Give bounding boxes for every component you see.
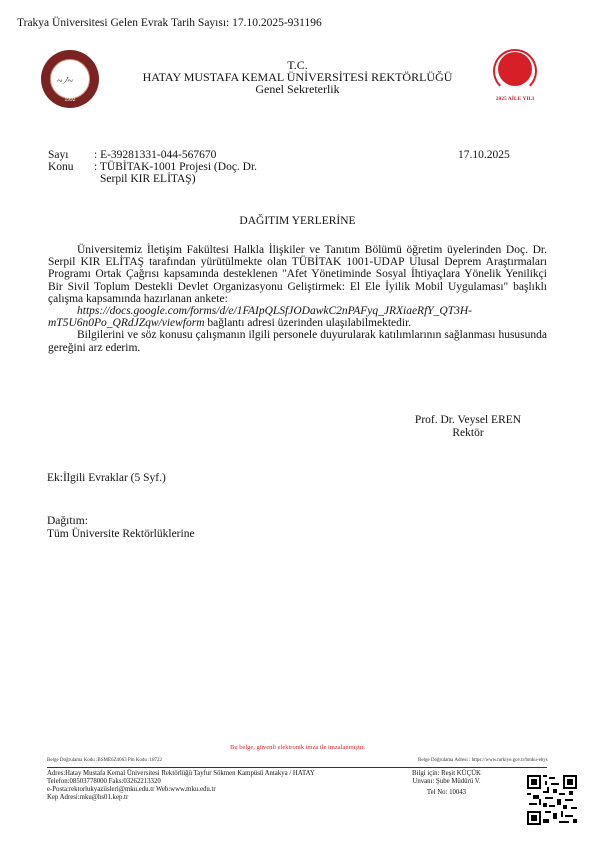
footer-kep: Kep Adresi:mku@hs01.kep.tr xyxy=(47,794,315,802)
verification-address[interactable]: Belge Doğrulama Adresi : https://www.tur… xyxy=(418,758,548,763)
document-meta: Sayı : E-39281331-044-567670 Konu : TÜBİ… xyxy=(48,149,257,185)
contact-title: Unvanı: Şube Müdürü V. xyxy=(404,778,489,786)
letter-body: Üniversitemiz İletişim Fakültesi Halkla … xyxy=(48,244,547,354)
konu-value-line1: : TÜBİTAK-1001 Projesi (Doç. Dr. xyxy=(94,161,257,173)
qr-code-icon xyxy=(527,775,577,825)
family-year-label: 2025 AİLE YILI xyxy=(490,96,540,102)
contact-tel: Tel No: 10043 xyxy=(404,789,489,797)
sayi-value: : E-39281331-044-567670 xyxy=(94,149,257,161)
verification-code: Belge Doğrulama Kodu :BSME6Z4063 Pin Kod… xyxy=(47,758,162,763)
letterhead: T.C. HATAY MUSTAFA KEMAL ÜNİVERSİTESİ RE… xyxy=(0,59,595,95)
konu-label: Konu xyxy=(48,161,94,185)
footer-address: Adres:Hatay Mustafa Kemal Üniversitesi R… xyxy=(47,770,315,778)
footer-divider xyxy=(47,767,547,768)
distribution-label: Dağıtım: xyxy=(47,515,195,528)
konu-value-line2: Serpil KIR ELİTAŞ) xyxy=(94,173,257,185)
signature-block: Prof. Dr. Veysel EREN Rektör xyxy=(398,414,538,440)
footer-phone: Telefon:08503778000 Faks:03262213320 xyxy=(47,778,315,786)
e-signature-notice: Bu belge, güvenli elektronik imza ile im… xyxy=(0,744,595,751)
sayi-label: Sayı xyxy=(48,149,94,161)
letterhead-department: Genel Sekreterlik xyxy=(0,83,595,95)
addressee-title: DAĞITIM YERLERİNE xyxy=(0,215,595,227)
link-suffix: bağlantı adresi üzerinden ulaşılabilmekt… xyxy=(205,317,412,329)
distribution-block: Dağıtım: Tüm Üniversite Rektörlüklerine xyxy=(47,515,195,540)
footer-email: e-Posta:rektorlukyaziisleri@mku.edu.tr W… xyxy=(47,786,315,794)
attachment-note: Ek:İlgili Evraklar (5 Syf.) xyxy=(47,472,166,484)
footer-address-block: Adres:Hatay Mustafa Kemal Üniversitesi R… xyxy=(47,770,315,802)
contact-person: Bilgi için: Reşit KÜÇÜK xyxy=(404,770,489,778)
distribution-value: Tüm Üniversite Rektörlüklerine xyxy=(47,528,195,541)
signatory-name: Prof. Dr. Veysel EREN xyxy=(398,414,538,427)
body-link-paragraph: https://docs.google.com/forms/d/e/1FAIpQ… xyxy=(48,305,547,329)
body-paragraph-2: Bilgilerini ve söz konusu çalışmanın ilg… xyxy=(48,329,547,353)
logo-year: 1992 xyxy=(41,97,99,103)
incoming-document-stamp: Trakya Üniversitesi Gelen Evrak Tarih Sa… xyxy=(17,17,322,29)
body-paragraph-1: Üniversitemiz İletişim Fakültesi Halkla … xyxy=(48,244,547,305)
signatory-title: Rektör xyxy=(398,427,538,440)
footer-contact-block: Bilgi için: Reşit KÜÇÜK Unvanı: Şube Müd… xyxy=(404,770,489,797)
document-date: 17.10.2025 xyxy=(458,149,510,161)
